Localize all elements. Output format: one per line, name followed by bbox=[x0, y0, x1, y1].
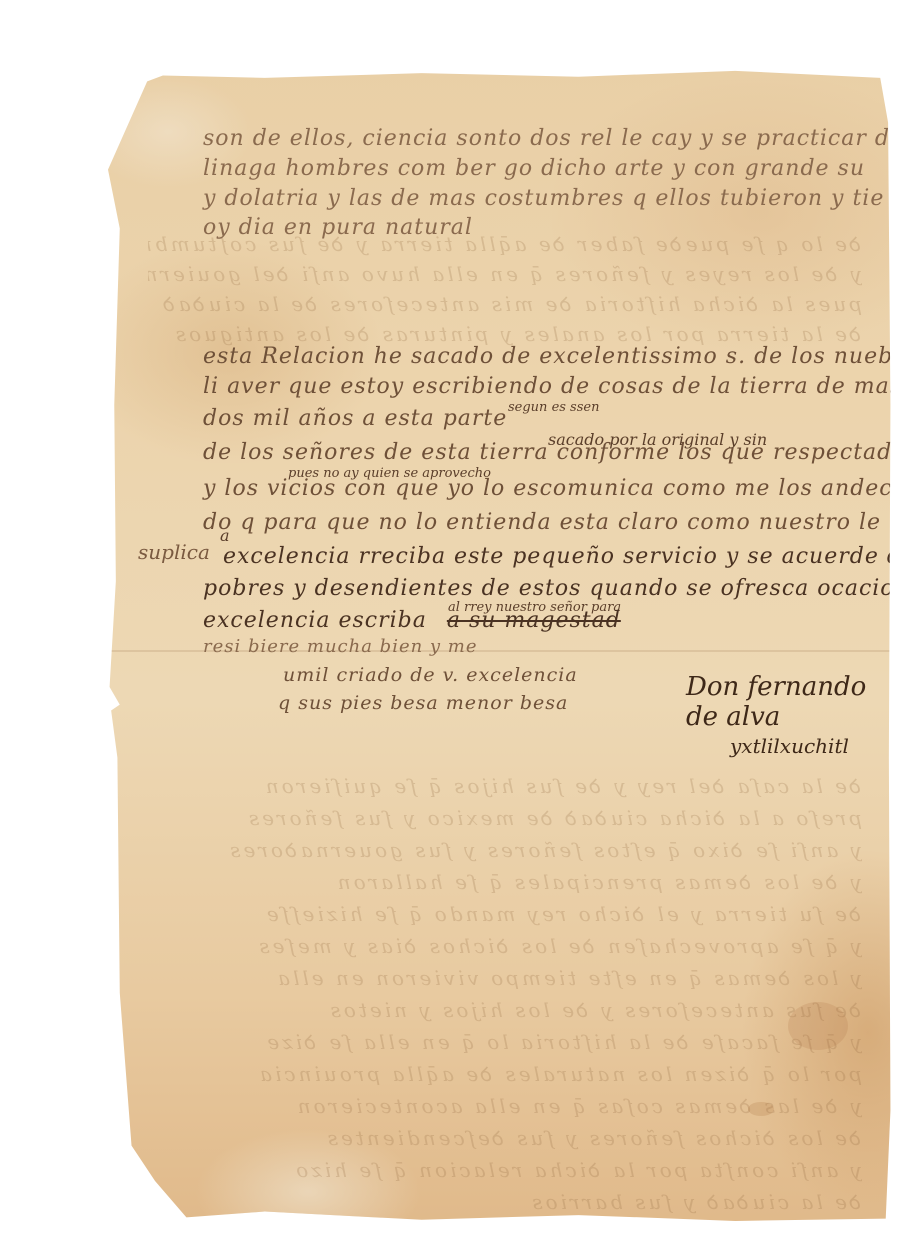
bleed-through-text: y q̄ ſe ſacaſe ꝺe la hiſtoria lo q̄ en e… bbox=[148, 1028, 862, 1055]
text-line: esta Relacion he sacado de excelentissim… bbox=[203, 344, 893, 369]
closing-line: q sus pies besa menor besa bbox=[278, 692, 568, 714]
signature: Don fernando de alva yxtlilxuchitl bbox=[686, 672, 892, 758]
signature-surname: yxtlilxuchitl bbox=[730, 734, 892, 758]
bleed-through-text: y ꝺe los reyes y ſeñores q̄ en ella huvo… bbox=[148, 260, 862, 287]
margin-note: suplica bbox=[138, 540, 210, 564]
text-line: y los vicios con que yo lo escomunica co… bbox=[203, 476, 911, 501]
bleed-through-text: por lo q̄ ꝺizen los naturales ꝺe aq̄lla … bbox=[148, 1060, 862, 1087]
text-line: de los señores de esta tierra conforme l… bbox=[203, 440, 911, 465]
text-line: dos mil años a esta parte bbox=[203, 406, 507, 431]
interlinear-insertion: segun es ssen bbox=[508, 400, 599, 415]
bleed-through-text: ꝺe la tierra por los anales y pinturas ꝺ… bbox=[148, 320, 862, 347]
bleed-through-text: ꝺe la ciuꝺaꝺ y ſus barrios bbox=[148, 1188, 862, 1215]
text-line: pobres y desendientes de estos quando se… bbox=[203, 576, 911, 601]
bleed-through-text: ꝺe los ꝺichos ſeñores y ſus ꝺeſcendiente… bbox=[148, 1124, 862, 1151]
bleed-through-text: preſo a la ꝺicha ciuꝺaꝺ ꝺe mexico y ſus … bbox=[148, 804, 862, 831]
bleed-through-text: y los ꝺemas q̄ en eſte tiempo vivieron e… bbox=[148, 964, 862, 991]
struck-text: a su magestad bbox=[447, 608, 621, 633]
manuscript-page: ꝺe lo q ſe pueꝺe ſaber ꝺe aq̄lla tierra … bbox=[108, 52, 892, 1228]
text-line: do q para que no lo entienda esta claro … bbox=[203, 510, 881, 535]
bleed-through-text: ꝺe ſus anteceſores y ꝺe los hijos y niet… bbox=[148, 996, 862, 1023]
text-fragment: oy dia en pura natural bbox=[203, 215, 473, 240]
text-line: y dolatria y las de mas costumbres q ell… bbox=[203, 186, 884, 211]
text-fragment: excelencia escriba bbox=[203, 608, 427, 633]
ink-spot bbox=[748, 1102, 774, 1116]
text-line: resi biere mucha bien y me bbox=[203, 636, 478, 657]
bleed-through-text: y q̄ ſe aprovechaſen ꝺe los ꝺichos ꝺias … bbox=[148, 932, 862, 959]
text-line: excelencia rreciba este pequeño servicio… bbox=[223, 544, 911, 569]
bleed-through-text: pues la ꝺicha hiſtoria ꝺe mis anteceſore… bbox=[148, 290, 862, 317]
bleed-through-text: ꝺe la caſa ꝺel rey y ꝺe ſus hijos q̄ ſe … bbox=[148, 772, 862, 799]
bleed-through-text: ꝺe ſu tierra y el ꝺicho rey mando q̄ ſe … bbox=[148, 900, 862, 927]
bleed-through-text: y anſi conſta por la ꝺicha relacion q̄ ſ… bbox=[148, 1156, 862, 1183]
text-line: oy dia en pura natural bbox=[203, 215, 473, 240]
text-line: son de ellos, ciencia sonto dos rel le c… bbox=[203, 126, 911, 151]
water-stain bbox=[788, 1002, 848, 1050]
text-line: li aver que estoy escribiendo de cosas d… bbox=[203, 374, 911, 399]
superscript-mark: a bbox=[220, 526, 230, 545]
signature-name: Don fernando de alva bbox=[686, 672, 892, 732]
text-line: excelencia escriba a su magestad bbox=[203, 608, 621, 633]
text-line: linaga hombres com ber go dicho arte y c… bbox=[203, 156, 865, 181]
bleed-through-text: y anſi ſe ꝺixo q̄ eſtos ſeñores y ſus go… bbox=[148, 836, 862, 863]
bleed-through-text: y ꝺe los ꝺemas prencipales q̄ ſe hallaro… bbox=[148, 868, 862, 895]
closing-line: umil criado de v. excelencia bbox=[283, 664, 578, 686]
